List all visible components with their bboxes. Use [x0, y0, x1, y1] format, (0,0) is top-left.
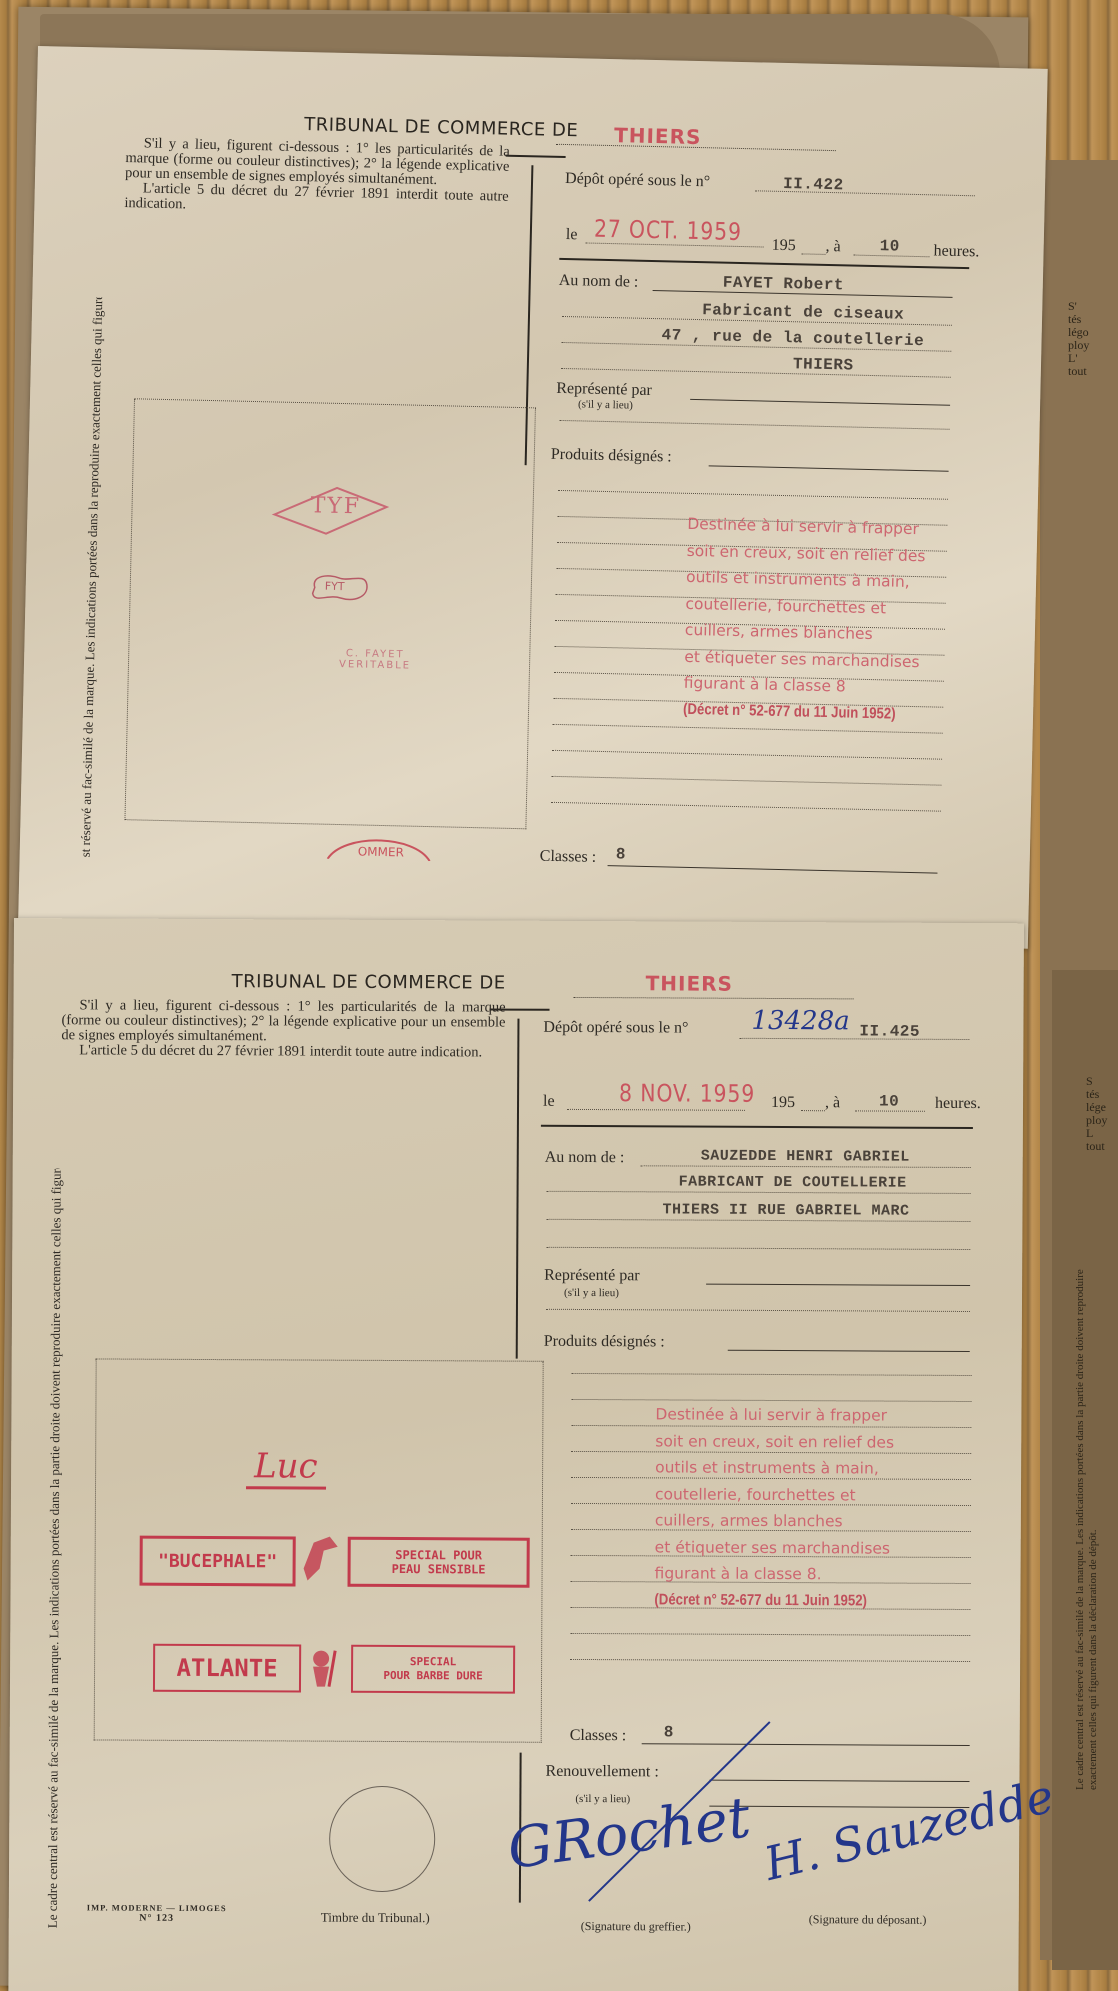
form1-deposit-number: II.422	[783, 175, 844, 194]
tribunal-stamp-circle	[329, 1786, 436, 1893]
form1-rep-sub: (s'il y a lieu)	[578, 398, 633, 411]
form1-classes-label: Classes :	[540, 848, 597, 867]
form2-name-label: Au nom de :	[545, 1149, 625, 1167]
form2-mark-bucephale-special: SPECIAL POUR PEAU SENSIBLE	[348, 1537, 530, 1588]
deposit-form-1: TRIBUNAL DE COMMERCE DE THIERS S'il y a …	[18, 46, 1048, 949]
form2-printer-mark: IMP. MODERNE — LIMOGES N° 123	[87, 1902, 227, 1924]
form1-classes-line	[608, 865, 938, 873]
form2-deposit-number: II.425	[859, 1022, 920, 1040]
form2-name-line-1: SAUZEDDE HENRI GABRIEL	[701, 1148, 910, 1166]
form1-rep-line	[690, 399, 950, 406]
deposit-form-2: TRIBUNAL DE COMMERCE DE THIERS S'il y a …	[8, 918, 1024, 1991]
horse-head-icon	[296, 1528, 342, 1586]
form1-hour: 10	[879, 237, 900, 255]
form1-deposit-label: Dépôt opéré sous le n°	[565, 170, 710, 191]
form2-depositor-sig-label: (Signature du déposant.)	[809, 1912, 927, 1928]
back-form-sheet-2: S tés lége ploy L tout Le cadre central …	[1052, 970, 1118, 1970]
form2-clerk-sig-label: (Signature du greffier.)	[581, 1919, 691, 1935]
form2-products-stamp: Destinée à lui servir à frapper soit en …	[654, 1401, 905, 1614]
form1-title-rule	[506, 155, 566, 158]
form1-facsimile-frame: TYF FYT C. FAYET VERITABLE	[124, 398, 535, 829]
form1-name-line-4: THIERS	[793, 355, 854, 374]
form2-city-stamp: THIERS	[646, 971, 733, 995]
form1-title: TRIBUNAL DE COMMERCE DE	[304, 114, 578, 141]
form1-mark-scroll-text: FYT	[325, 580, 345, 593]
form1-rep-label: Représenté par	[556, 380, 652, 400]
form1-city-stamp: THIERS	[614, 123, 702, 149]
form1-date-prefix: le	[566, 226, 578, 244]
form1-date-stamp: 27 OCT. 1959	[594, 215, 742, 246]
form2-date-line	[567, 1109, 745, 1111]
form1-tribunal-seal-icon: OMMER	[324, 829, 435, 861]
depositor-signature: H. Sauzedde	[759, 1768, 1059, 1890]
form1-year-prefix: 195	[771, 237, 795, 256]
form2-name-line-3: THIERS II RUE GABRIEL MARC	[662, 1201, 909, 1219]
form2-rep-line	[706, 1284, 970, 1286]
form2-deposit-handwritten: 13428a	[751, 1006, 849, 1037]
form1-products-stamp: Destinée à lui servir à frapper soit en …	[683, 511, 938, 729]
clerk-signature-stroke-icon	[579, 1711, 780, 1912]
form2-facsimile-frame: Luc "BUCEPHALE" SPECIAL POUR PEAU SENSIB…	[94, 1358, 544, 1742]
form1-products-line	[709, 465, 949, 471]
form1-products-label: Produits désignés :	[551, 446, 672, 467]
form2-products-line	[728, 1350, 970, 1352]
form2-date-prefix: le	[543, 1093, 555, 1111]
form2-year-prefix: 195	[771, 1094, 795, 1112]
form2-year-line	[801, 1110, 825, 1111]
form2-products-label: Produits désignés :	[544, 1333, 665, 1352]
form2-notice: S'il y a lieu, figurent ci-dessous : 1° …	[61, 998, 505, 1060]
form2-mark-luc: Luc	[246, 1446, 326, 1489]
form1-name-line-3: 47 , rue de la coutellerie	[661, 326, 924, 350]
form2-rep-label: Représenté par	[544, 1267, 640, 1285]
form2-hour: 10	[879, 1093, 899, 1111]
form1-date-rule	[559, 258, 969, 269]
form1-classes-value: 8	[616, 845, 627, 863]
form1-name-dotline-4	[561, 368, 951, 378]
form2-name-dotline-4	[546, 1247, 970, 1250]
form2-mark-atlante: ATLANTE	[153, 1644, 301, 1693]
form2-vertical-notice: Le cadre central est réservé au fac-simi…	[45, 1168, 64, 1928]
form2-date-stamp: 8 NOV. 1959	[619, 1079, 755, 1108]
form1-year-line	[801, 253, 825, 255]
form2-rep-sub: (s'il y a lieu)	[564, 1287, 619, 1299]
form2-name-line-2: FABRICANT DE COUTELLERIE	[679, 1173, 907, 1191]
form2-rep-dotline	[546, 1309, 970, 1312]
form2-name-dotline-2	[547, 1191, 971, 1194]
form2-date-rule	[541, 1125, 973, 1129]
form1-vertical-notice: st réservé au fac-similé de la marque. L…	[78, 297, 106, 857]
form2-deposit-line	[739, 1038, 969, 1040]
back-sheet2-vertical-notice: Le cadre central est réservé au fac-simi…	[1074, 1230, 1100, 1790]
form1-hours-suffix: heures.	[933, 242, 979, 261]
form1-notice: S'il y a lieu, figurent ci-dessous : 1° …	[124, 136, 510, 220]
form1-mark-diamond-text: TYF	[310, 493, 361, 519]
form1-name-line-1: FAYET Robert	[723, 274, 845, 295]
svg-text:OMMER: OMMER	[358, 844, 404, 859]
form2-title: TRIBUNAL DE COMMERCE DE	[232, 971, 506, 993]
form1-maker-mark: C. FAYET VERITABLE	[339, 648, 411, 672]
form2-divider	[516, 1019, 520, 1359]
form2-hour-line	[855, 1110, 925, 1111]
form2-stamp-label: Timbre du Tribunal.)	[321, 1910, 430, 1927]
form1-name-label: Au nom de :	[559, 272, 639, 292]
back-sheet2-notice: S tés lége ploy L tout	[1086, 1075, 1107, 1153]
form2-hours-suffix: heures.	[935, 1095, 981, 1113]
back-sheet-notice: S' tés légo ploy L' tout	[1068, 300, 1089, 378]
form2-time-sep: , à	[825, 1094, 840, 1112]
form1-rep-dotline	[560, 420, 950, 430]
form1-time-sep: , à	[825, 238, 841, 256]
form2-deposit-label: Dépôt opéré sous le n°	[543, 1019, 688, 1038]
form2-name-line	[641, 1165, 971, 1168]
form2-mark-bucephale: "BUCEPHALE"	[140, 1536, 296, 1587]
form2-mark-atlante-special: SPECIAL POUR BARBE DURE	[351, 1645, 515, 1694]
atlas-figure-icon	[303, 1645, 343, 1689]
